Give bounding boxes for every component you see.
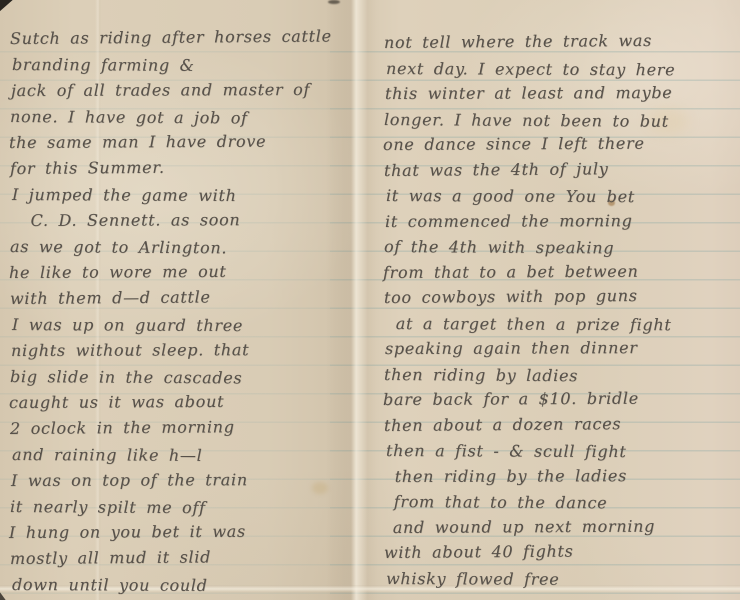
- handwritten-line: Sutch as riding after horses cattle: [10, 24, 322, 52]
- letter-page-right: not tell where the track wasnext day. I …: [384, 30, 734, 591]
- handwritten-line: for this Summer.: [10, 154, 322, 182]
- handwritten-line: too cowboys with pop guns: [384, 282, 734, 310]
- handwritten-line: speaking again then dinner: [385, 335, 735, 362]
- handwritten-line: whisky flowed free: [386, 566, 736, 593]
- handwritten-line: from that to a bet between: [383, 258, 733, 285]
- handwritten-line: down until you could: [12, 572, 324, 599]
- handwritten-line: then about a dozen races: [384, 410, 734, 438]
- handwritten-line: with about 40 fights: [384, 537, 734, 565]
- paper-speck: [328, 0, 340, 4]
- handwritten-line: that was the 4th of july: [384, 155, 734, 183]
- letter-page-left: Sutch as riding after horses cattlebrand…: [10, 26, 322, 598]
- handwritten-line: mostly all mud it slid: [10, 544, 322, 572]
- handwritten-line: at a target then a prize fight: [386, 311, 736, 338]
- handwritten-line: with them d—d cattle: [10, 284, 322, 312]
- handwritten-line: branding farming &: [12, 52, 324, 79]
- center-fold-crease: [326, 0, 378, 600]
- handwritten-line: one dance since I left there: [383, 130, 733, 157]
- handwritten-line: he like to wore me out: [9, 258, 321, 286]
- handwritten-line: and raining like h—l: [12, 442, 324, 469]
- handwritten-line: I was up on guard three: [12, 312, 324, 339]
- handwritten-line: the same man I have drove: [9, 128, 321, 156]
- photo-corner-shadow-top-left: [0, 0, 24, 20]
- handwritten-line: then riding by the ladies: [385, 462, 735, 489]
- handwritten-line: I jumped the game with: [12, 182, 324, 209]
- handwritten-line: and wound up next morning: [383, 513, 733, 540]
- handwritten-line: next day. I expect to stay here: [386, 56, 736, 83]
- handwritten-line: I was on top of the train: [11, 467, 323, 494]
- handwritten-line: nights without sleep. that: [11, 337, 323, 364]
- handwritten-line: jack of all trades and master of: [11, 77, 323, 104]
- handwritten-line: it commenced the morning: [385, 207, 735, 234]
- handwritten-line: C. D. Sennett. as soon: [11, 207, 323, 234]
- handwritten-line: it was a good one You bet: [386, 183, 736, 210]
- handwritten-line: not tell where the track was: [384, 27, 734, 55]
- handwritten-line: I hung on you bet it was: [9, 518, 321, 546]
- handwritten-line: then a fist - & scull fight: [386, 438, 736, 465]
- handwritten-line: bare back for a $10. bridle: [383, 385, 733, 412]
- handwritten-line: 2 oclock in the morning: [10, 414, 322, 442]
- handwritten-line: this winter at least and maybe: [385, 80, 735, 107]
- letter-photo: Sutch as riding after horses cattlebrand…: [0, 0, 740, 600]
- handwritten-line: caught us it was about: [9, 388, 321, 416]
